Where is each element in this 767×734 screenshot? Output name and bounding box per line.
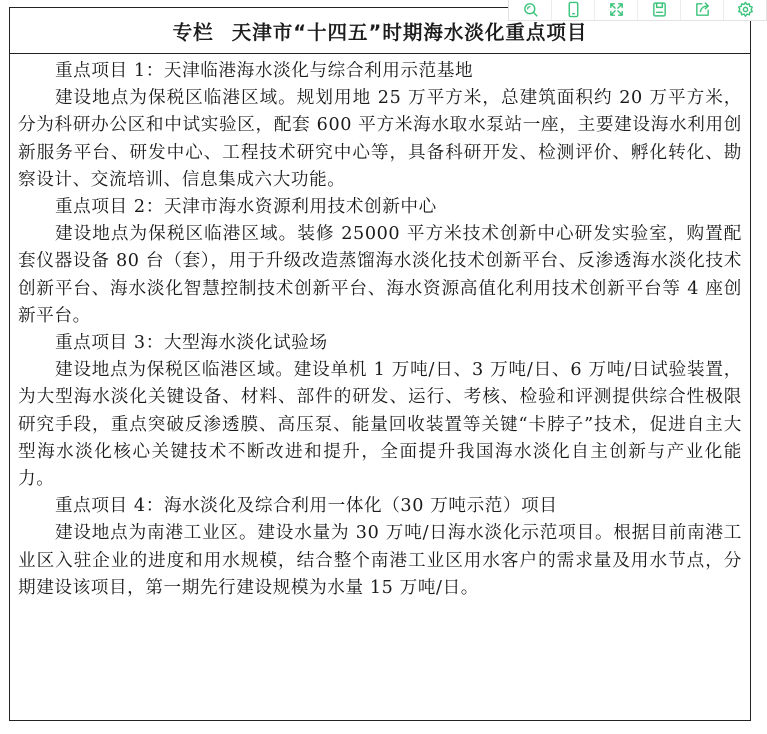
project-description: 建设地点为保税区临港区域。装修 25000 平方米技术创新中心研发实验室，购置配… <box>18 221 742 330</box>
search-icon <box>522 1 539 18</box>
project-description: 建设地点为南港工业区。建设水量为 30 万吨/日海水淡化示范项目。根据目前南港工… <box>18 520 742 602</box>
project-description: 建设地点为保税区临港区域。建设单机 1 万吨/日、3 万吨/日、6 万吨/日试验… <box>18 357 742 493</box>
mobile-icon <box>565 1 582 18</box>
floating-toolbar <box>508 0 767 21</box>
fullscreen-button[interactable] <box>595 0 638 20</box>
project-description: 建设地点为保税区临港区域。规划用地 25 万平方米，总建筑面积约 20 万平方米… <box>18 85 742 194</box>
settings-icon <box>737 1 754 18</box>
save-icon <box>651 1 668 18</box>
box-body: 重点项目 1：天津临港海水淡化与综合利用示范基地 建设地点为保税区临港区域。规划… <box>10 54 750 602</box>
search-button[interactable] <box>509 0 552 20</box>
feature-box: 专栏 天津市“十四五”时期海水淡化重点项目 重点项目 1：天津临港海水淡化与综合… <box>9 7 751 721</box>
project-title: 重点项目 2：天津市海水资源利用技术创新中心 <box>18 194 742 221</box>
fullscreen-icon <box>608 1 625 18</box>
settings-button[interactable] <box>724 0 766 20</box>
share-icon <box>694 1 711 18</box>
save-button[interactable] <box>638 0 681 20</box>
mobile-view-button[interactable] <box>552 0 595 20</box>
project-title: 重点项目 4：海水淡化及综合利用一体化（30 万吨示范）项目 <box>18 493 742 520</box>
box-label: 专栏 <box>173 17 214 45</box>
project-title: 重点项目 3：大型海水淡化试验场 <box>18 330 742 357</box>
share-button[interactable] <box>681 0 724 20</box>
project-title: 重点项目 1：天津临港海水淡化与综合利用示范基地 <box>18 58 742 85</box>
